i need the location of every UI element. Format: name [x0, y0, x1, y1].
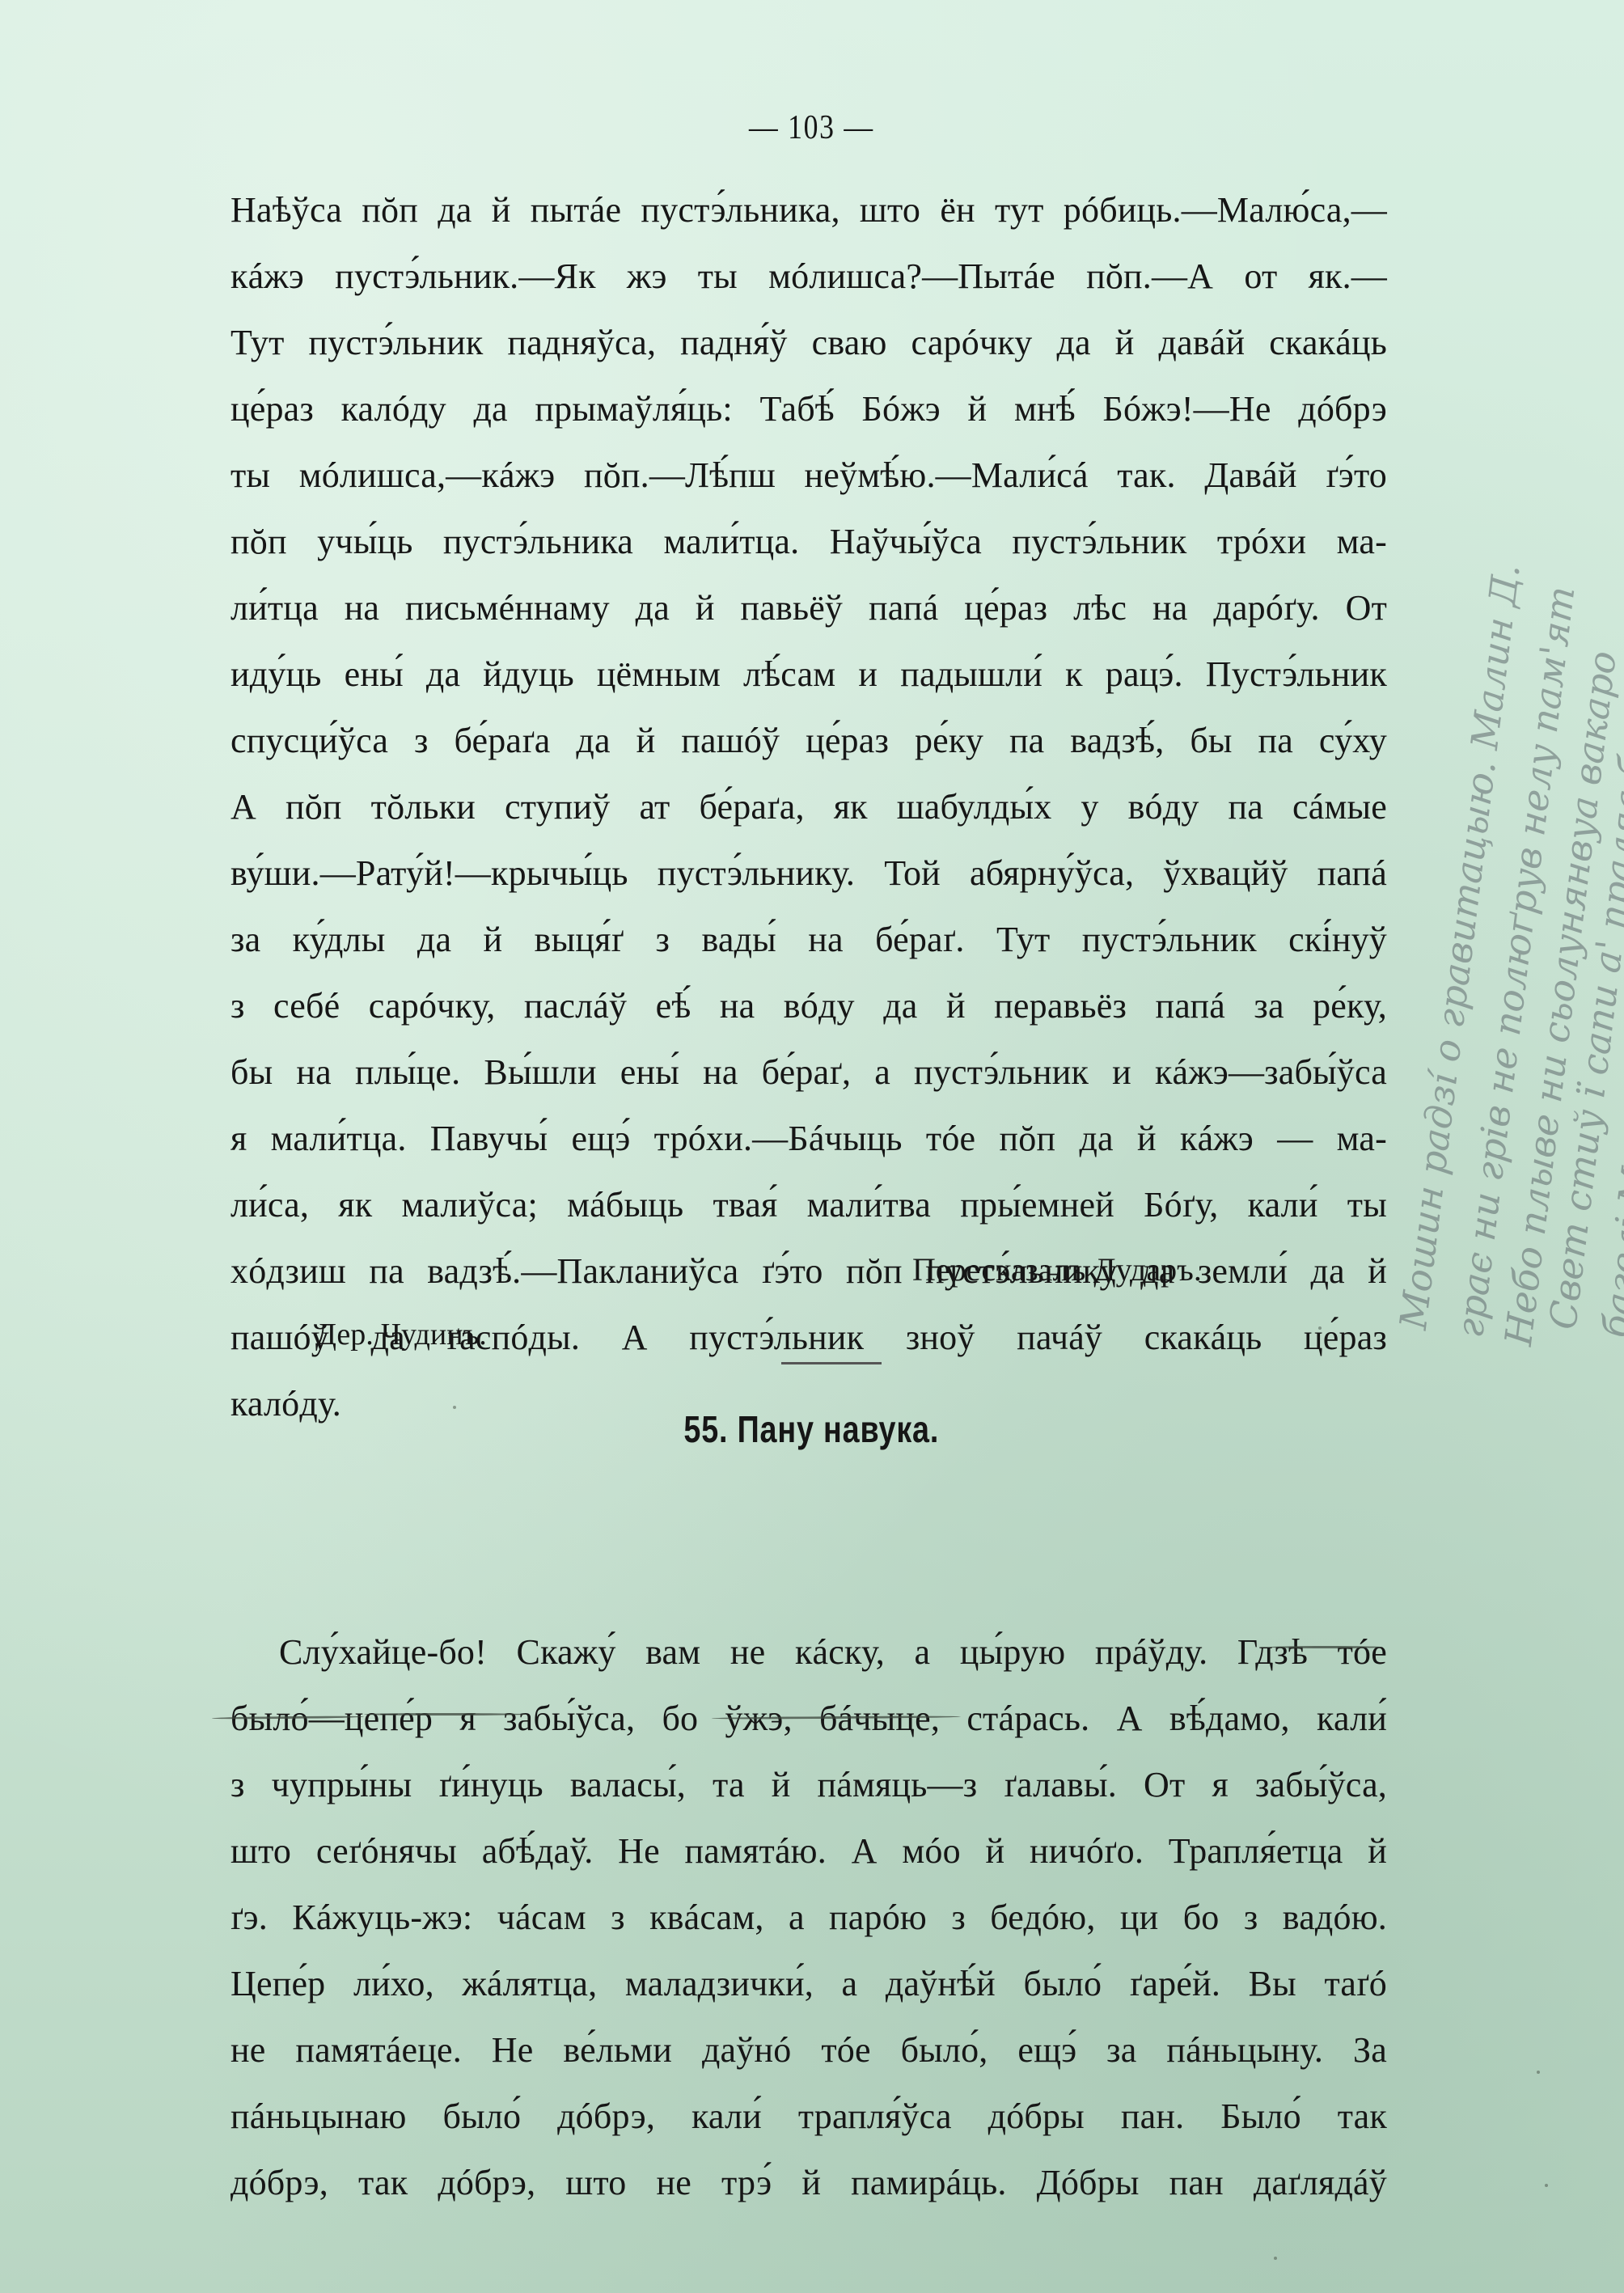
text-line: за ку́длы да й выця́ґ з вады́ на бе́раґ.… — [230, 907, 1387, 973]
text-line: спусци́ўса з бе́раґа да й пашóў це́раз р… — [230, 708, 1387, 774]
paper-speck — [453, 1406, 456, 1409]
paper-speck — [1545, 2184, 1548, 2187]
text-line: што сеґóнячы абѣ́даў. Не памятáю. А мóо … — [230, 1818, 1387, 1885]
text-line: пŏп учы́ць пустэ́льника мали́тца. Наўчы́… — [230, 509, 1387, 575]
handwritten-margin-notes: Мошин радзі́ о гравитацыю. Малин Д. грає… — [1367, 0, 1624, 1375]
text-line: це́раз калóду да прымаўля́ць: Табѣ́ Бóжэ… — [230, 376, 1387, 442]
page-number: — 103 — — [121, 108, 1502, 147]
pencil-underline — [364, 1713, 526, 1716]
text-line: бы на плы́це. Вы́шли ены́ на бе́раґ, а п… — [230, 1039, 1387, 1106]
pencil-underline — [1270, 1646, 1383, 1648]
village-attribution: Дер. Чудинъ. — [315, 1317, 487, 1352]
section-divider — [781, 1362, 882, 1364]
text-line: не памятáеце. Не ве́льми даўнó тóе было́… — [230, 2017, 1387, 2084]
text-line: з себé сарóчку, паслáў еѣ́ на вóду да й … — [230, 973, 1387, 1039]
paper-speck — [1537, 2071, 1540, 2074]
text-line: з чупры́ны ґи́нуць валасы́, та й пáмяць—… — [230, 1752, 1387, 1818]
text-line: Наѣўса пŏп да й пытáе пустэ́льника, што … — [230, 177, 1387, 243]
paper-speck — [1318, 1326, 1322, 1330]
text-line: дóбрэ, так дóбрэ, што не трэ́ й памирáць… — [230, 2150, 1387, 2216]
text-line: ли́са, як малиўса; мáбыць твая́ мали́тва… — [230, 1172, 1387, 1238]
text-line: Цепе́р ли́хо, жáлятца, маладзички́, а да… — [230, 1951, 1387, 2017]
text-line: иду́ць ены́ да йдуць цёмным лѣ́сам и пад… — [230, 641, 1387, 708]
text-line: А пŏп тŏльки ступиў ат бе́раґа, як шабул… — [230, 774, 1387, 840]
story-ending-text: Наѣўса пŏп да й пытáе пустэ́льника, што … — [230, 177, 1387, 1437]
text-line: ли́тца на письмéннаму да й павьёў папá ц… — [230, 575, 1387, 641]
text-line: хóдзиш па вадзѣ́.—Пакланиўса ґэ́то пŏп п… — [230, 1238, 1387, 1305]
narrator-signature: Пересказалъ Дударъ. — [912, 1250, 1202, 1288]
text-line: я мали́тца. Павучы́ ещэ́ трóхи.—Бáчыць т… — [230, 1106, 1387, 1172]
section-heading: 55. Пану навука. — [146, 1407, 1478, 1451]
text-line: ґэ. Кáжуць-жэ: чáсам з квáсам, а парóю з… — [230, 1885, 1387, 1951]
text-line: ты мóлишса,—кáжэ пŏп.—Лѣ́пш неўмѣ́ю.—Мал… — [230, 442, 1387, 509]
section-body-text: Слу́хайце-бо! Скажу́ вам не кáску, а цы́… — [230, 1619, 1387, 2216]
text-line: Слу́хайце-бо! Скажу́ вам не кáску, а цы́… — [230, 1619, 1387, 1686]
paper-speck — [1274, 2257, 1277, 2260]
text-line: пáньцынаю было́ дóбрэ, кали́ трапля́ўса … — [230, 2084, 1387, 2150]
text-line: ву́ши.—Рату́й!—крычы́ць пустэ́льнику. То… — [230, 840, 1387, 907]
text-line: Тут пустэ́льник падняўса, падня́ў сваю с… — [230, 310, 1387, 376]
text-line: кáжэ пустэ́льник.—Як жэ ты мóлишса?—Пытá… — [230, 243, 1387, 310]
